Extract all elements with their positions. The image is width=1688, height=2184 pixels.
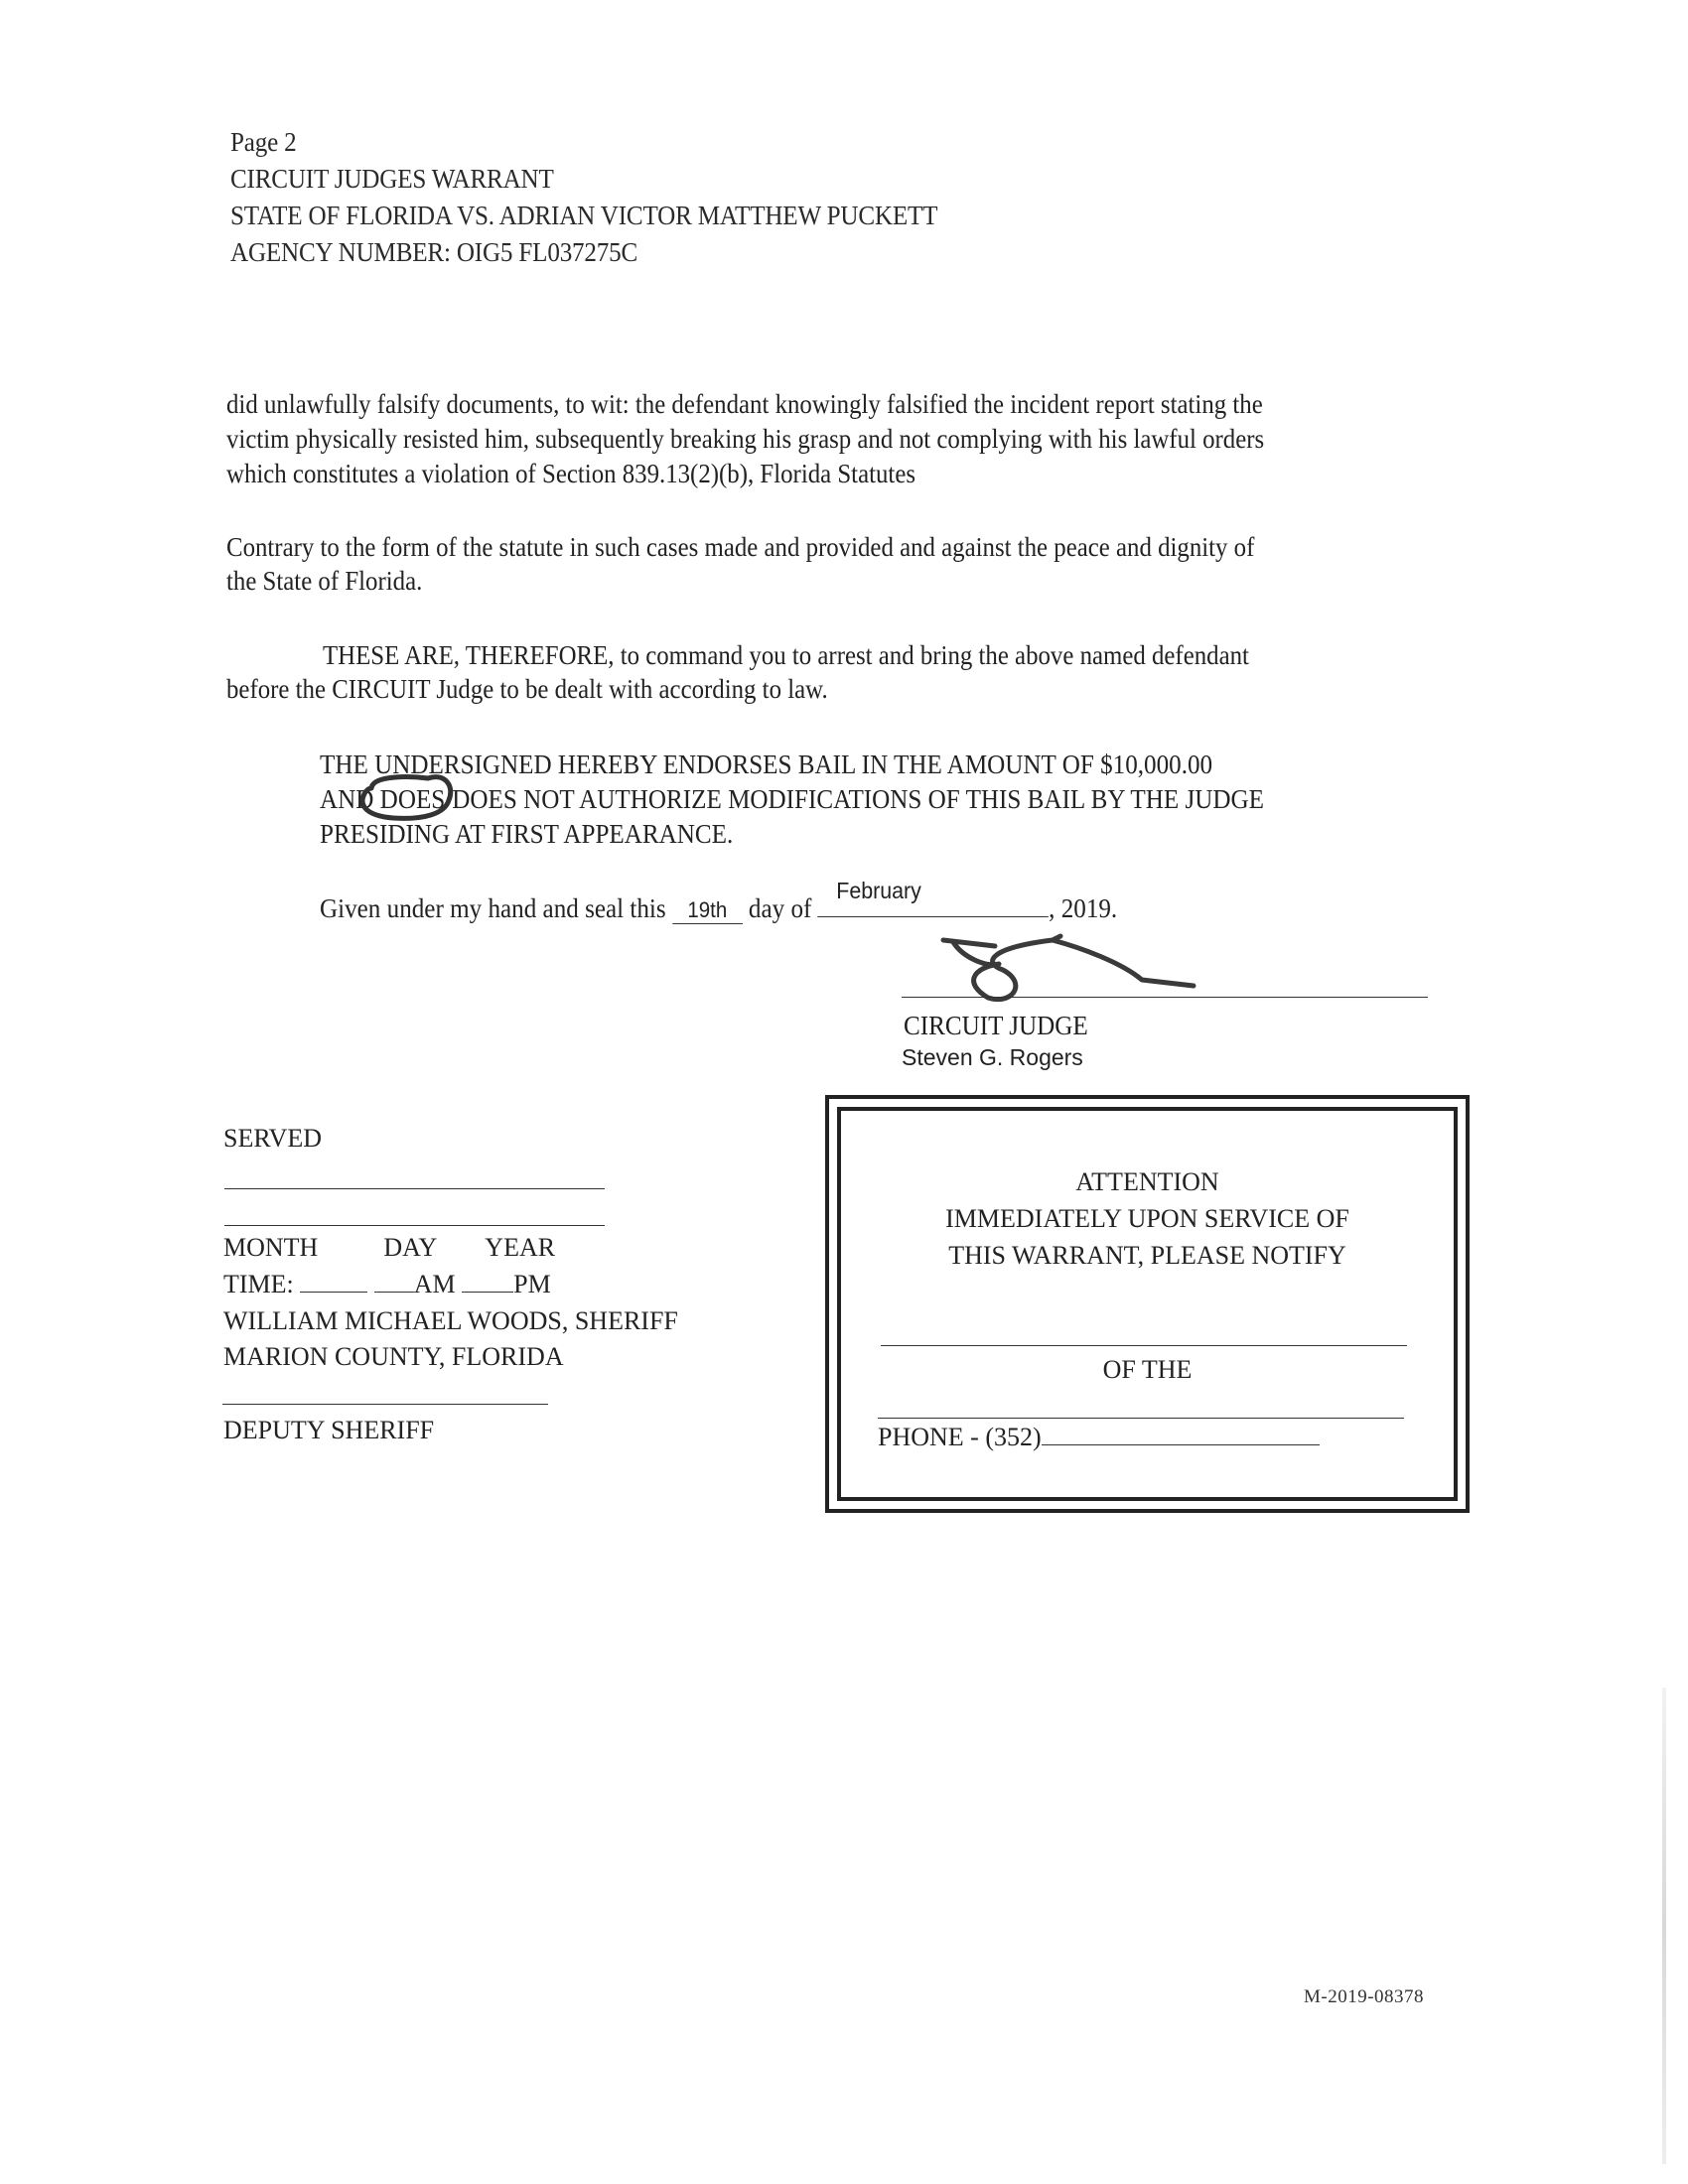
given-line: Given under my hand and seal this 19th d… [320, 891, 1117, 924]
contrary-line: Contrary to the form of the statute in s… [226, 532, 1254, 563]
year-suffix: , 2019. [1049, 893, 1117, 923]
given-prefix: Given under my hand and seal this [320, 893, 666, 923]
am-field[interactable] [374, 1292, 414, 1293]
deputy-signature-line[interactable] [222, 1404, 548, 1405]
charge-line: did unlawfully falsify documents, to wit… [226, 389, 1263, 420]
document-number: M-2019-08378 [1304, 1986, 1424, 2008]
notify-blank[interactable] [881, 1345, 1407, 1346]
scan-edge-artifact [1662, 1688, 1666, 2164]
charge-line: which constitutes a violation of Section… [226, 459, 915, 489]
command-line: before the CIRCUIT Judge to be dealt wit… [226, 674, 828, 705]
agency-number: AGENCY NUMBER: OIG5 FL037275C [230, 237, 637, 268]
phone-label: PHONE - (352) [878, 1423, 1042, 1451]
day-label: DAY [383, 1233, 437, 1262]
attention-box-inner: ATTENTION IMMEDIATELY UPON SERVICE OF TH… [837, 1107, 1458, 1501]
time-label: TIME: [223, 1270, 294, 1298]
served-date-labels: MONTHDAYYEAR [223, 1233, 555, 1263]
year-label: YEAR [485, 1233, 555, 1262]
judge-signature-icon [933, 928, 1241, 1003]
judge-name: Steven G. Rogers [902, 1044, 1083, 1071]
phone-row: PHONE - (352) [878, 1423, 1320, 1452]
sheriff-county: MARION COUNTY, FLORIDA [223, 1342, 564, 1372]
document-title: CIRCUIT JUDGES WARRANT [230, 164, 554, 195]
deputy-label: DEPUTY SHERIFF [223, 1416, 434, 1445]
of-the-label: OF THE [841, 1355, 1454, 1385]
command-line: THESE ARE, THEREFORE, to command you to … [323, 640, 1249, 671]
signature-line [902, 997, 1428, 998]
agency-blank[interactable] [878, 1418, 1404, 1419]
served-blank-1[interactable] [224, 1188, 605, 1189]
pm-field[interactable] [462, 1292, 513, 1293]
served-blank-2[interactable] [224, 1225, 605, 1226]
time-field[interactable] [300, 1292, 367, 1293]
attention-line-1: IMMEDIATELY UPON SERVICE OF [841, 1204, 1454, 1234]
contrary-line: the State of Florida. [226, 566, 422, 597]
case-caption: STATE OF FLORIDA VS. ADRIAN VICTOR MATTH… [230, 201, 937, 231]
page-number: Page 2 [230, 127, 297, 158]
day-value: 19th [687, 897, 727, 922]
sheriff-name: WILLIAM MICHAEL WOODS, SHERIFF [223, 1306, 678, 1336]
judge-title: CIRCUIT JUDGE [904, 1011, 1088, 1041]
bail-line-3: PRESIDING AT FIRST APPEARANCE. [320, 819, 733, 850]
served-label: SERVED [223, 1124, 322, 1154]
attention-box: ATTENTION IMMEDIATELY UPON SERVICE OF TH… [825, 1095, 1470, 1513]
month-value: February [836, 878, 921, 904]
given-middle: day of [749, 893, 811, 923]
attention-title: ATTENTION [841, 1167, 1454, 1197]
month-label: MONTH [223, 1233, 318, 1262]
circle-mark-icon [353, 766, 463, 826]
month-field[interactable]: February [818, 891, 1050, 917]
attention-line-2: THIS WARRANT, PLEASE NOTIFY [841, 1241, 1454, 1271]
served-time: TIME: AM PM [223, 1270, 551, 1299]
phone-field[interactable] [1042, 1444, 1320, 1445]
charge-line: victim physically resisted him, subseque… [226, 424, 1264, 455]
pm-label: PM [513, 1270, 551, 1298]
am-label: AM [414, 1270, 456, 1298]
bail-does-not: /DOES NOT AUTHORIZE MODIFICATIONS OF THI… [445, 784, 1264, 814]
day-field[interactable]: 19th [672, 897, 743, 924]
